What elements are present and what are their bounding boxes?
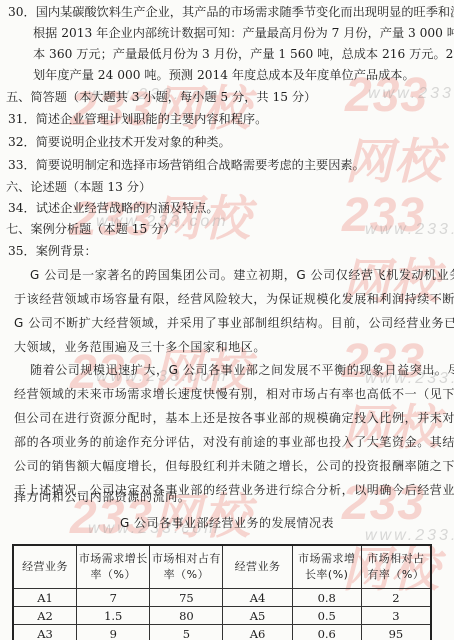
table-header-cell: 市场需求增长率(%) bbox=[292, 545, 361, 589]
business-development-table: 经营业务 市场需求增长率（%） 市场相对占有率（%） 经营业务 市场需求增长率(… bbox=[12, 544, 432, 640]
table-row: A2 1.5 80 A5 0.5 3 bbox=[13, 607, 431, 625]
table-cell: A6 bbox=[223, 625, 292, 640]
case-paragraph-line: 公司的销售额大幅度增长，但每股红利并未随之增长，公司的投资报酬率随之下降。鉴 bbox=[14, 457, 454, 475]
case-paragraph-line: 但公司在进行资源分配时，基本上还是按各事业部的规模确定投入比例，并未对各事业 bbox=[14, 409, 454, 427]
table-cell: 95 bbox=[361, 625, 431, 640]
table-cell: A1 bbox=[13, 589, 77, 607]
section-heading: 六、论述题（本题 13 分） bbox=[6, 178, 151, 196]
table-row: A1 7 75 A4 0.8 2 bbox=[13, 589, 431, 607]
table-cell: A4 bbox=[223, 589, 292, 607]
table-header-row: 经营业务 市场需求增长率（%） 市场相对占有率（%） 经营业务 市场需求增长率(… bbox=[13, 545, 431, 589]
table-cell: 3 bbox=[361, 607, 431, 625]
watermark-url: www.233.com bbox=[365, 221, 454, 239]
watermark-url: www.233.com bbox=[368, 85, 454, 103]
table-cell: A2 bbox=[13, 607, 77, 625]
q30-line: 根据 2013 年企业内部统计数据可知：产量最高月份为 7 月份，产量 3 00… bbox=[33, 24, 454, 42]
table-title: G 公司各事业部经营业务的发展情况表 bbox=[0, 514, 454, 531]
table-row: A3 9 5 A6 0.6 95 bbox=[13, 625, 431, 640]
case-paragraph-line: 随着公司规模迅速扩大，G 公司各事业部之间发展不平衡的现象日益突出。尽管各 bbox=[30, 361, 454, 379]
table-cell: 80 bbox=[150, 607, 223, 625]
table-cell: 0.8 bbox=[292, 589, 361, 607]
table-cell: 0.6 bbox=[292, 625, 361, 640]
section-heading: 五、简答题（本大题共 3 小题，每小题 5 分，共 15 分） bbox=[6, 88, 316, 106]
case-paragraph-line: 经营领域的未来市场需求增长速度快慢有别，相对市场占有率也高低不一（见下表）， bbox=[14, 385, 454, 403]
table-cell: 5 bbox=[150, 625, 223, 640]
table-header-cell: 经营业务 bbox=[13, 545, 77, 589]
table-cell: 2 bbox=[361, 589, 431, 607]
table-header-cell: 市场需求增长率（%） bbox=[77, 545, 150, 589]
q30-line: 30．国内某碳酸饮料生产企业，其产品的市场需求随季节变化而出现明显的旺季和淡季。 bbox=[8, 3, 454, 21]
table-cell: A5 bbox=[223, 607, 292, 625]
q30-line: 本 360 万元；产量最低月份为 3 月份，产量 1 560 吨，总成本 216… bbox=[33, 45, 454, 63]
case-paragraph-line: 大领域，业务范围遍及三十多个国家和地区。 bbox=[14, 338, 266, 356]
question-32: 32．简要说明企业技术开发对象的种类。 bbox=[8, 133, 231, 151]
table-cell: A3 bbox=[13, 625, 77, 640]
table-header-cell: 市场相对占有率（%） bbox=[361, 545, 431, 589]
table-header-cell: 经营业务 bbox=[223, 545, 292, 589]
table-cell: 7 bbox=[77, 589, 150, 607]
case-paragraph-line: G 公司不断扩大经营领域，并采用了事业部制组织结构。目前，公司经营业务已涉及六 bbox=[14, 314, 454, 332]
question-35-label: 35．案例背景： bbox=[8, 242, 97, 260]
question-33: 33．简要说明制定和选择市场营销组合战略需要考虑的主要因素。 bbox=[8, 156, 365, 174]
question-34: 34．试述企业经营战略的内涵及特点。 bbox=[8, 199, 219, 217]
table-cell: 75 bbox=[150, 589, 223, 607]
case-paragraph-line: G 公司是一家著名的跨国集团公司。建立初期，G 公司仅经营飞机发动机业务。由 bbox=[30, 266, 454, 284]
question-31: 31．简述企业管理计划职能的主要内容和程序。 bbox=[8, 110, 267, 128]
q30-line: 划年度产量 24 000 吨。预测 2014 年度总成本及年度单位产品成本。 bbox=[33, 66, 415, 84]
case-paragraph-line: 部的各项业务的前途作充分评估，对没有前途的事业部也投入了大笔资金。其结果是， bbox=[14, 433, 454, 451]
section-heading: 七、案例分析题（本题 15 分） bbox=[6, 220, 176, 238]
case-paragraph-line: 于该经营领域市场容量有限，经营风险较大，为保证规模化发展和利润持续不断增长， bbox=[14, 290, 454, 308]
table-header-cell: 市场相对占有率（%） bbox=[150, 545, 223, 589]
table-cell: 1.5 bbox=[77, 607, 150, 625]
table-cell: 0.5 bbox=[292, 607, 361, 625]
case-paragraph-line: 择方向和公司内部资源的流向。 bbox=[14, 488, 190, 506]
table-cell: 9 bbox=[77, 625, 150, 640]
